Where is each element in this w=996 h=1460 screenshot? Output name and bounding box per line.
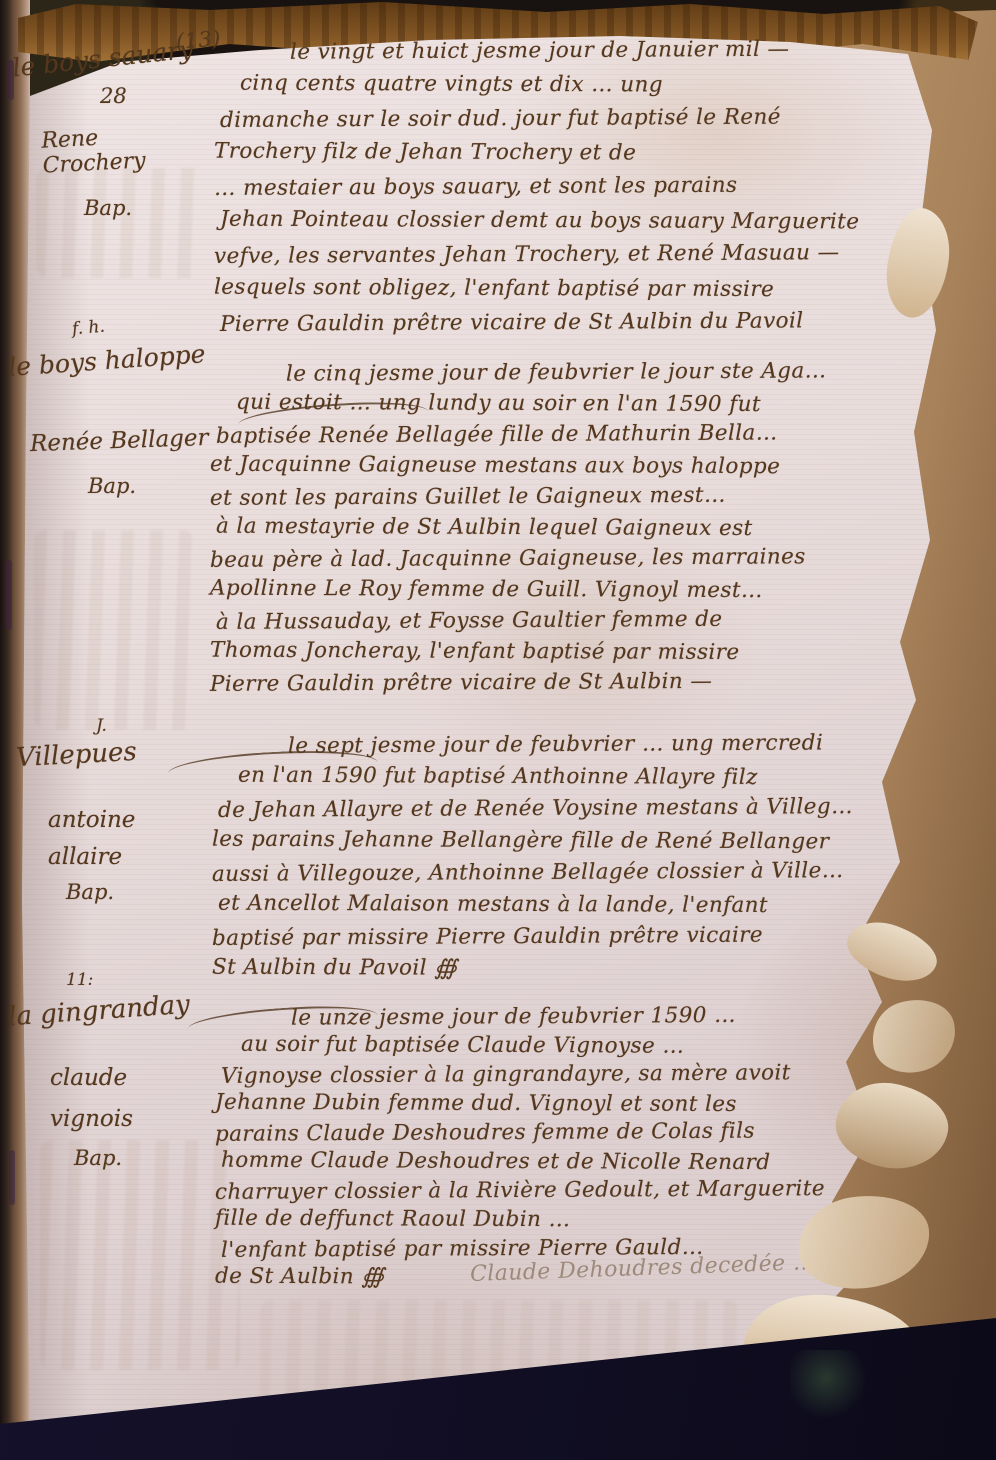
text-line: Thomas Joncheray, l'enfant baptisé par m… (210, 640, 827, 664)
margin-baptism-abbrev: Bap. (84, 196, 132, 220)
text-line: … mestaier au boys sauary, et sont les p… (214, 174, 859, 199)
bleed-through-patch (36, 168, 206, 278)
text-line: charruyer clossier à la Rivière Gedoult,… (215, 1178, 825, 1203)
margin-child-name: antoine allaire (48, 802, 135, 876)
gutter-streak (6, 560, 12, 630)
text-line: cinq cents quatre vingts et dix … ung (240, 73, 859, 97)
text-line: et Jacquinne Gaigneuse mestans aux boys … (210, 454, 827, 478)
margin-child-name: Rene Crochery (41, 123, 147, 178)
margin-tag: f. h. (71, 317, 105, 340)
text-line: Trochery filz de Jehan Trochery et de (214, 141, 859, 165)
margin-baptism-abbrev: Bap. (88, 474, 136, 498)
text-line: en l'an 1590 fut baptisé Anthoinne Allay… (238, 765, 853, 789)
text-line: Jehanne Dubin femme dud. Vignoyl et sont… (215, 1092, 825, 1116)
margin-baptism-abbrev: Bap. (66, 880, 114, 904)
text-line: aussi à Villegouze, Anthoinne Bellagée c… (212, 860, 853, 885)
green-sheen (790, 1350, 880, 1420)
margin-place-name: Villepues (15, 737, 137, 773)
record-text-block: le sept jesme jour de feubvrier … ung me… (212, 734, 853, 990)
text-line: Apollinne Le Roy femme de Guill. Vignoyl… (210, 578, 827, 602)
margin-entry-number: 28 (100, 84, 127, 108)
text-line: et sont les parains Guillet le Gaigneux … (210, 484, 827, 509)
text-line: St Aulbin du Pavoil ∰ (212, 957, 853, 981)
text-line: Jehan Pointeau clossier demt au boys sau… (220, 209, 859, 233)
text-line: fille de deffunct Raoul Dubin … (215, 1208, 825, 1232)
text-line: le vingt et huict jesme jour de Januier … (290, 38, 859, 63)
text-line: Pierre Gauldin prêtre vicaire de St Aulb… (220, 310, 859, 335)
text-line: le sept jesme jour de feubvrier … ung me… (288, 732, 853, 757)
bleed-through-patch (40, 1140, 240, 1370)
text-line: parains Claude Deshoudres femme de Colas… (215, 1120, 825, 1145)
text-line: Pierre Gauldin prêtre vicaire de St Aulb… (210, 670, 827, 695)
text-line: baptisé par missire Pierre Gauldin prêtr… (212, 924, 853, 949)
text-line: les parains Jehanne Bellangère fille de … (212, 829, 853, 853)
text-line: qui estoit … ung lundy au soir en l'an 1… (236, 392, 827, 416)
text-line: le cinq jesme jour de feubvrier le jour … (286, 360, 827, 385)
text-line: beau père à lad. Jacquinne Gaigneuse, le… (210, 546, 827, 571)
text-line: à la mestayrie de St Aulbin lequel Gaign… (216, 516, 827, 540)
text-line: Vignoyse clossier à la gingrandayre, sa … (221, 1062, 825, 1087)
record-text-block: le cinq jesme jour de feubvrier le jour … (210, 362, 827, 703)
text-line: dimanche sur le soir dud. jour fut bapti… (220, 106, 859, 131)
gutter-streak (9, 1150, 15, 1205)
margin-child-name: claude vignois (50, 1058, 133, 1141)
text-line: vefve, les servantes Jehan Trochery, et … (214, 242, 859, 267)
margin-tag: J. (96, 716, 107, 736)
text-line: lesquels sont obligez, l'enfant baptisé … (214, 277, 859, 301)
record-text-block: le vingt et huict jesme jour de Januier … (214, 40, 859, 346)
text-line: de Jehan Allayre et de Renée Voysine mes… (218, 796, 853, 821)
bleed-through-patch (34, 530, 194, 730)
text-line: baptisée Renée Bellagée fille de Mathuri… (216, 422, 827, 447)
text-line: et Ancellot Malaison mestans à la lande,… (218, 893, 853, 917)
text-line: homme Claude Deshoudres et de Nicolle Re… (221, 1150, 825, 1174)
margin-tag: 11: (66, 970, 93, 990)
margin-baptism-abbrev: Bap. (74, 1146, 122, 1170)
text-line: au soir fut baptisée Claude Vignoyse … (241, 1034, 825, 1058)
text-line: le unze jesme jour de feubvrier 1590 … (291, 1004, 825, 1029)
text-line: à la Hussauday, et Foysse Gaultier femme… (216, 608, 827, 633)
